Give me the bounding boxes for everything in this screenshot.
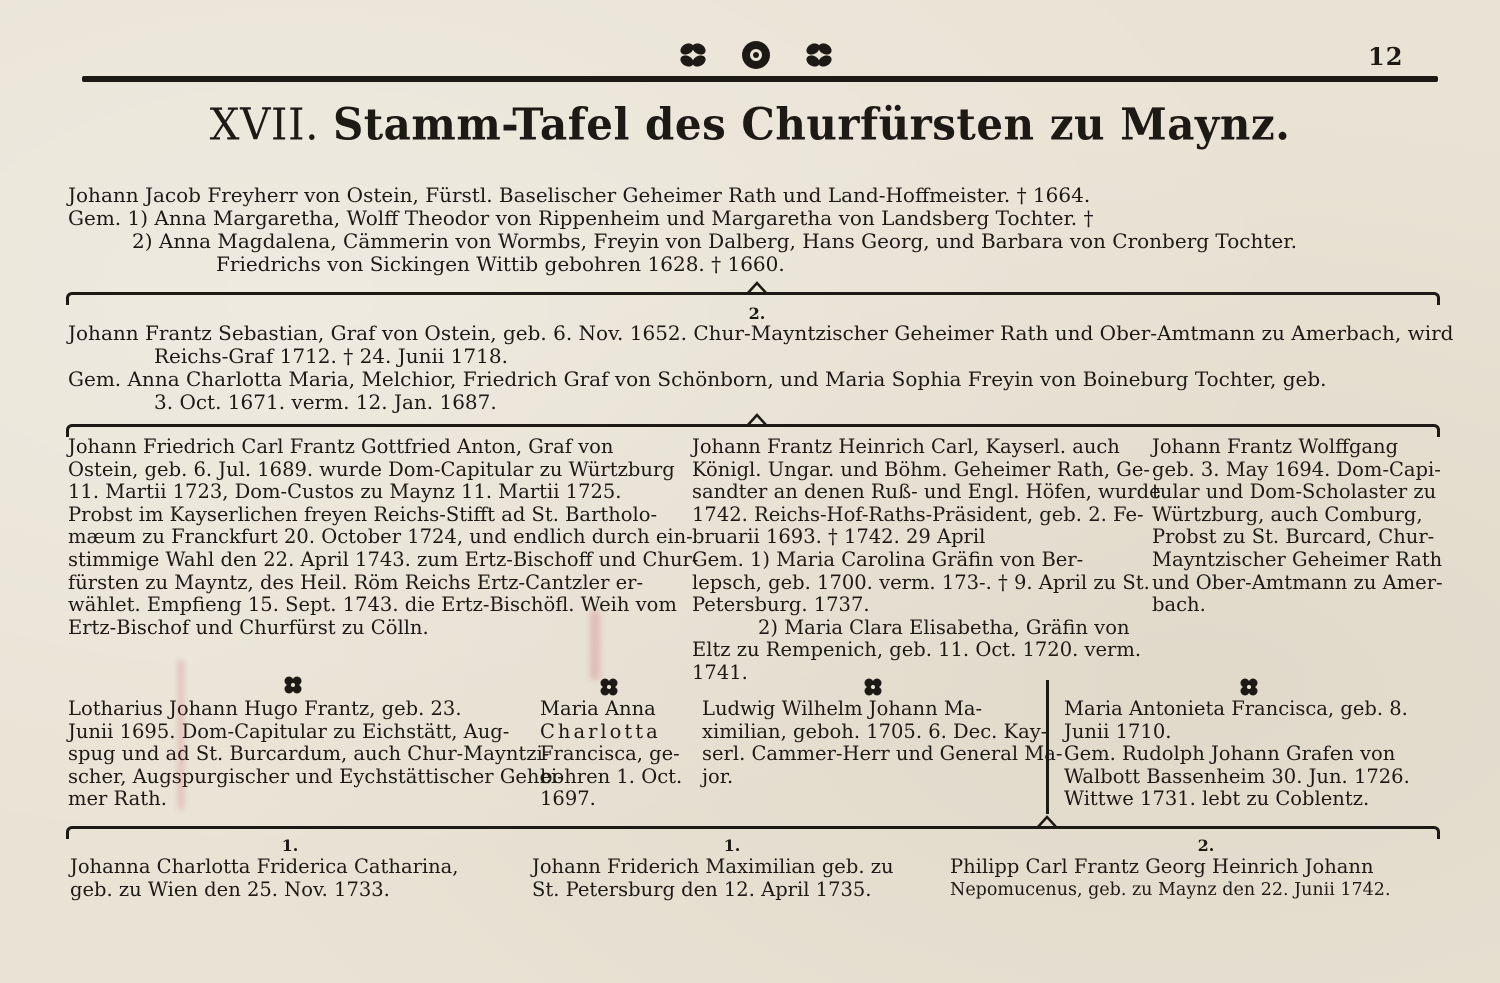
gen4-line: St. Petersburg den 12. April 1735. (532, 879, 894, 902)
gen3b-column-4: Maria Antonieta Francisca, geb. 8. Junii… (1064, 698, 1410, 811)
gen3-line: Petersburg. 1737. (692, 594, 1140, 617)
gen3b-line: Francisca, ge- (540, 743, 682, 766)
generation-marker: 1. (712, 836, 752, 855)
gen2-line: Johann Frantz Sebastian, Graf von Ostein… (68, 322, 1453, 345)
flower-marker-icon (1238, 676, 1260, 698)
gen3-line: stimmige Wahl den 22. April 1743. zum Er… (68, 549, 680, 572)
generation-marker: 2. (1186, 836, 1226, 855)
gen3b-line: Junii 1695. Dom-Capitular zu Eichstätt, … (68, 721, 564, 744)
bracket-peak-icon (746, 281, 768, 295)
gen3-line: Johann Frantz Wolffgang (1152, 436, 1442, 459)
gen4-line: Nepomucenus, geb. zu Maynz den 22. Junii… (950, 879, 1391, 902)
gen3b-column-2: Maria Anna Charlotta Francisca, ge- bohr… (540, 698, 682, 811)
gen3-line: tular und Dom-Scholaster zu (1152, 481, 1442, 504)
gen4-line: Johann Friderich Maximilian geb. zu (532, 856, 894, 879)
gen3-line: Mayntzischer Geheimer Rath (1152, 549, 1442, 572)
gen3b-line: ximilian, geboh. 1705. 6. Dec. Kay- (702, 721, 1062, 744)
gen3b-line: Charlotta (540, 721, 682, 744)
gen1-line: 2) Anna Magdalena, Cämmerin von Wormbs, … (68, 230, 1297, 253)
gen3b-line: Ludwig Wilhelm Johann Ma- (702, 698, 1062, 721)
gen3b-line: spug und ad St. Burcardum, auch Chur-May… (68, 743, 564, 766)
gen3-line: fürsten zu Mayntz, des Heil. Röm Reichs … (68, 572, 680, 595)
gen3-line: Johann Friedrich Carl Frantz Gottfried A… (68, 436, 680, 459)
gen1-line: Gem. 1) Anna Margaretha, Wolff Theodor v… (68, 207, 1297, 230)
gen4-line: geb. zu Wien den 25. Nov. 1733. (70, 879, 459, 902)
gen4-column-2: Johann Friderich Maximilian geb. zu St. … (532, 856, 894, 901)
gen3b-line: scher, Augspurgischer und Eychstättische… (68, 766, 564, 789)
gen2-line: 3. Oct. 1671. verm. 12. Jan. 1687. (68, 391, 1453, 414)
gen3b-line: serl. Cammer-Herr und General Ma- (702, 743, 1062, 766)
page-title: XVII.Stamm-Tafel des Churfürsten zu Mayn… (0, 99, 1500, 150)
gen3b-column-3: Ludwig Wilhelm Johann Ma- ximilian, gebo… (702, 698, 1062, 788)
gen2-line: Gem. Anna Charlotta Maria, Melchior, Fri… (68, 368, 1453, 391)
gen3-line: 1742. Reichs-Hof-Raths-Präsident, geb. 2… (692, 504, 1140, 527)
gen3b-line: Wittwe 1731. lebt zu Coblentz. (1064, 788, 1410, 811)
gen3-line: mæum zu Franckfurt 20. October 1724, und… (68, 526, 680, 549)
gen4-column-3: Philipp Carl Frantz Georg Heinrich Johan… (950, 856, 1391, 901)
gen3b-line: Maria Anna (540, 698, 682, 721)
gen3-line: Würtzburg, auch Comburg, (1152, 504, 1442, 527)
gen4-line: Johanna Charlotta Friderica Catharina, (70, 856, 459, 879)
gen3b-line: mer Rath. (68, 788, 564, 811)
paper-stain (178, 660, 184, 810)
flower-marker-icon (862, 676, 884, 698)
gen3-line: und Ober-Amtmann zu Amer- (1152, 572, 1442, 595)
gen3-line: wählet. Empfieng 15. Sept. 1743. die Ert… (68, 594, 680, 617)
flower-marker-icon (282, 674, 304, 696)
generation-marker: 1. (270, 836, 310, 855)
gen3-line: Probst zu St. Burcard, Chur- (1152, 526, 1442, 549)
bracket-peak-icon (746, 413, 768, 427)
gen3b-line: bohren 1. Oct. (540, 766, 682, 789)
generation-1: Johann Jacob Freyherr von Ostein, Fürstl… (68, 184, 1297, 276)
flower-ornament-icon (676, 38, 710, 72)
gen3-line: Ostein, geb. 6. Jul. 1689. wurde Dom-Cap… (68, 459, 680, 482)
gen3-line: Königl. Ungar. und Böhm. Geheimer Rath, … (692, 459, 1140, 482)
gen3-line: Eltz zu Rempenich, geb. 11. Oct. 1720. v… (692, 639, 1140, 662)
gen3-line: lepsch, geb. 1700. verm. 173-. † 9. Apri… (692, 572, 1140, 595)
gen3b-line: Walbott Bassenheim 30. Jun. 1726. (1064, 766, 1410, 789)
gen3b-line: 1697. (540, 788, 682, 811)
gen4-column-1: Johanna Charlotta Friderica Catharina, g… (70, 856, 459, 901)
gen1-line: Johann Jacob Freyherr von Ostein, Fürstl… (68, 184, 1297, 207)
header-rule (82, 76, 1438, 82)
gen1-line: Friedrichs von Sickingen Wittib gebohren… (68, 253, 1297, 276)
gen3b-line: Junii 1710. (1064, 721, 1410, 744)
gen3b-line: jor. (702, 766, 1062, 789)
gen3-line: sandter an denen Ruß- und Engl. Höfen, w… (692, 481, 1140, 504)
gen2-line: Reichs-Graf 1712. † 24. Junii 1718. (68, 345, 1453, 368)
gen3b-line: Maria Antonieta Francisca, geb. 8. (1064, 698, 1410, 721)
flower-ornament-icon (802, 38, 836, 72)
gen3-line: Probst im Kayserlichen freyen Reichs-Sti… (68, 504, 680, 527)
gen3-line: Johann Frantz Heinrich Carl, Kayserl. au… (692, 436, 1140, 459)
gen3b-line: Lotharius Johann Hugo Frantz, geb. 23. (68, 698, 564, 721)
paper-stain (590, 610, 600, 680)
gen3-line: Gem. 1) Maria Carolina Gräfin von Ber- (692, 549, 1140, 572)
gen3-line: geb. 3. May 1694. Dom-Capi- (1152, 459, 1442, 482)
gen3-column-3: Johann Frantz Wolffgang geb. 3. May 1694… (1152, 436, 1442, 617)
flower-marker-icon (598, 676, 620, 698)
page-number: 12 (1368, 42, 1403, 71)
gen3-line: 2) Maria Clara Elisabetha, Gräfin von (692, 617, 1140, 640)
gen4-line: Philipp Carl Frantz Georg Heinrich Johan… (950, 856, 1391, 879)
gen3-line: 11. Martii 1723, Dom-Custos zu Maynz 11.… (68, 481, 680, 504)
header-ornaments (676, 38, 836, 72)
gen3b-line: Gem. Rudolph Johann Grafen von (1064, 743, 1410, 766)
gen3-column-1: Johann Friedrich Carl Frantz Gottfried A… (68, 436, 680, 639)
gen3-line: Ertz-Bischof und Churfürst zu Cölln. (68, 617, 680, 640)
gen3-column-2: Johann Frantz Heinrich Carl, Kayserl. au… (692, 436, 1140, 685)
rosette-ornament-icon (739, 38, 773, 72)
generation-2: Johann Frantz Sebastian, Graf von Ostein… (68, 322, 1453, 414)
bracket-peak-icon (1036, 815, 1058, 829)
gen3b-column-1: Lotharius Johann Hugo Frantz, geb. 23. J… (68, 698, 564, 811)
gen3-line: 1741. (692, 662, 1140, 685)
gen3-line: bach. (1152, 594, 1442, 617)
gen3-line: bruarii 1693. † 1742. 29 April (692, 526, 1140, 549)
title-roman-numeral: XVII. (210, 99, 319, 150)
title-text: Stamm-Tafel des Churfürsten zu Maynz. (333, 99, 1290, 150)
